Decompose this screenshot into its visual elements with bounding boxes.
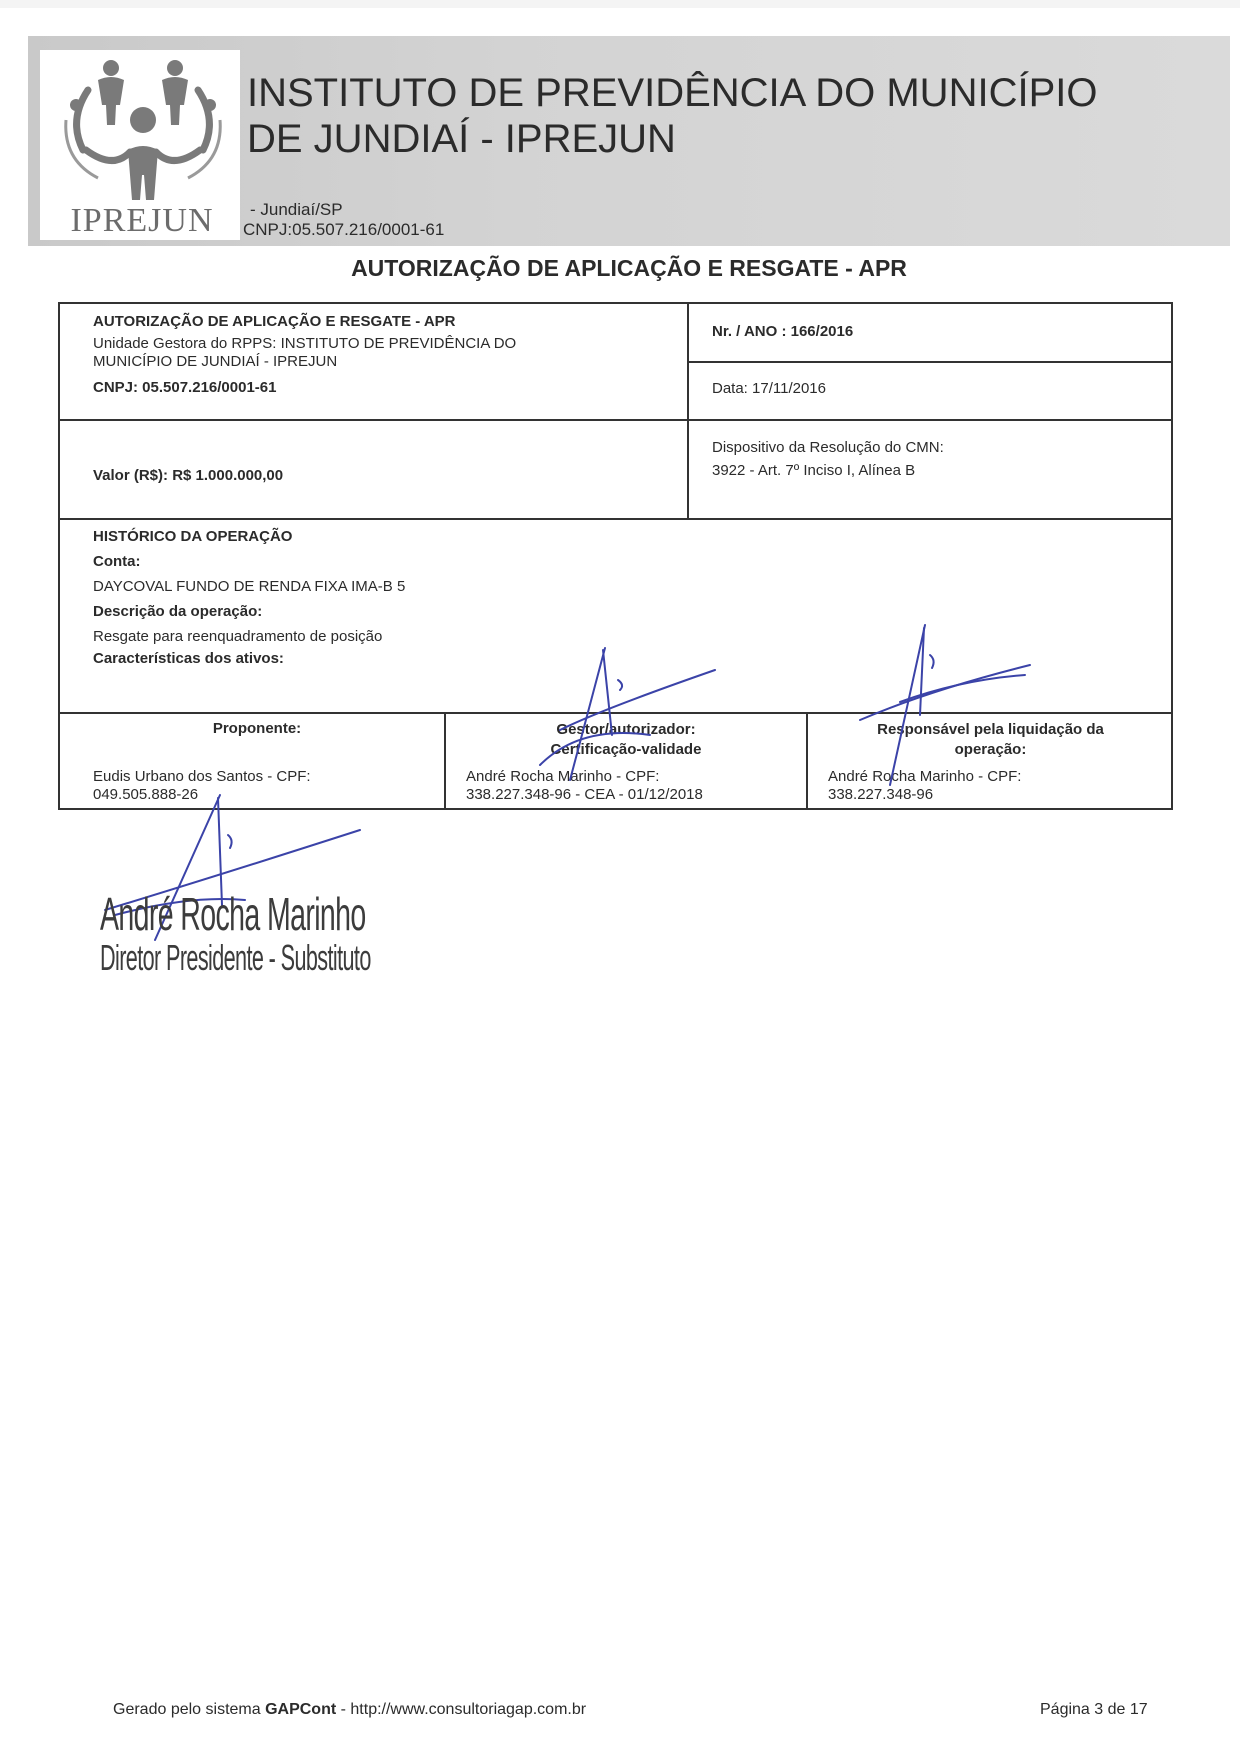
signatory-name: Eudis Urbano dos Santos - CPF: [93, 768, 311, 786]
signatory-gestor: Gestor/autorizador: Certificação-validad… [446, 720, 806, 760]
signatory-role: Gestor/autorizador: [446, 720, 806, 740]
divider [687, 304, 689, 518]
data-value: 17/11/2016 [752, 380, 826, 397]
numero-ano-label: Nr. / ANO : [712, 323, 786, 340]
people-circle-logo-icon [58, 50, 228, 200]
caracteristicas-label: Características dos ativos: [93, 649, 1093, 669]
institution-name-line1: INSTITUTO DE PREVIDÊNCIA DO MUNICÍPIO [247, 70, 1097, 116]
signatory-name: André Rocha Marinho - CPF: [828, 768, 1021, 786]
dispositivo-value: 3922 - Art. 7º Inciso I, Alínea B [712, 459, 944, 482]
signatory-role-line2: Certificação-validade [446, 740, 806, 760]
logo-wordmark: IPREJUN [42, 202, 242, 240]
numero-ano: Nr. / ANO : 166/2016 [712, 323, 853, 340]
data-label: Data: [712, 380, 748, 397]
signatory-role: Responsável pela liquidação da [808, 720, 1173, 740]
footer-url: - http://www.consultoriagap.com.br [336, 1701, 586, 1718]
footer-system-name: GAPCont [265, 1701, 336, 1718]
footer-prefix: Gerado pelo sistema [113, 1701, 265, 1718]
descricao-value: Resgate para reenquadramento de posição [93, 624, 1093, 649]
institution-name-line2: DE JUNDIAÍ - IPREJUN [247, 116, 1097, 162]
dispositivo-field: Dispositivo da Resolução do CMN: 3922 - … [712, 436, 944, 482]
signature-stamp: André Rocha Marinho Diretor Presidente -… [100, 890, 551, 978]
valor-value: R$ 1.000.000,00 [172, 467, 283, 484]
section-title: AUTORIZAÇÃO DE APLICAÇÃO E RESGATE - APR [93, 312, 673, 332]
data-field: Data: 17/11/2016 [712, 380, 826, 397]
conta-value: DAYCOVAL FUNDO DE RENDA FIXA IMA-B 5 [93, 574, 1093, 599]
signatory-role: Proponente: [60, 720, 444, 737]
apr-form: AUTORIZAÇÃO DE APLICAÇÃO E RESGATE - APR… [58, 302, 1173, 810]
signatory-role-line2: operação: [808, 740, 1173, 760]
scan-top-edge [0, 0, 1240, 8]
unidade-gestora-line2: MUNICÍPIO DE JUNDIAÍ - IPREJUN [93, 353, 673, 371]
form-cnpj: CNPJ: 05.507.216/0001-61 [93, 378, 673, 398]
dispositivo-label: Dispositivo da Resolução do CMN: [712, 436, 944, 459]
divider [687, 361, 1173, 363]
document-title: AUTORIZAÇÃO DE APLICAÇÃO E RESGATE - APR [0, 255, 1240, 282]
signatory-name: André Rocha Marinho - CPF: [466, 768, 703, 786]
historico-cell: HISTÓRICO DA OPERAÇÃO Conta: DAYCOVAL FU… [93, 524, 1093, 669]
valor-field: Valor (R$): R$ 1.000.000,00 [93, 467, 283, 484]
valor-label: Valor (R$): [93, 467, 168, 484]
header-info-cell: AUTORIZAÇÃO DE APLICAÇÃO E RESGATE - APR… [93, 312, 673, 398]
signatory-liquidacao: Responsável pela liquidação da operação:… [808, 720, 1173, 760]
iprejun-logo: IPREJUN [40, 50, 240, 240]
signatory-proponente: Proponente: Eudis Urbano dos Santos - CP… [60, 720, 444, 737]
stamp-title: Diretor Presidente - Substituto [100, 938, 371, 978]
divider [60, 419, 1173, 421]
page-number: Página 3 de 17 [1040, 1701, 1148, 1719]
signatory-cpf: 049.505.888-26 [93, 786, 311, 804]
divider [60, 712, 1173, 714]
numero-ano-value: 166/2016 [791, 323, 854, 340]
stamp-name: André Rocha Marinho [100, 890, 380, 938]
footer-generated-by: Gerado pelo sistema GAPCont - http://www… [113, 1701, 586, 1719]
institution-city: - Jundiaí/SP [250, 200, 343, 220]
descricao-label: Descrição da operação: [93, 599, 1093, 624]
institution-cnpj: CNPJ:05.507.216/0001-61 [243, 220, 444, 240]
conta-label: Conta: [93, 549, 1093, 574]
divider [60, 518, 1173, 520]
unidade-gestora-line1: Unidade Gestora do RPPS: INSTITUTO DE PR… [93, 335, 673, 353]
institution-name: INSTITUTO DE PREVIDÊNCIA DO MUNICÍPIO DE… [247, 70, 1097, 162]
signatory-cpf: 338.227.348-96 [828, 786, 1021, 804]
signatory-cpf: 338.227.348-96 - CEA - 01/12/2018 [466, 786, 703, 804]
historico-title: HISTÓRICO DA OPERAÇÃO [93, 524, 1093, 549]
